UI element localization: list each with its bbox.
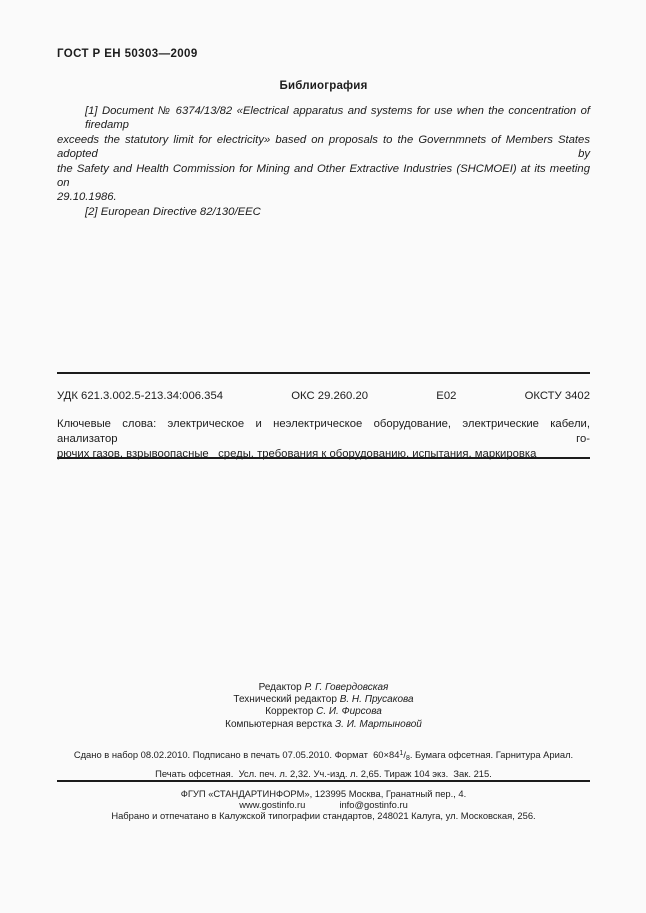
printing-house-address: Набрано и отпечатано в Калужской типогра… [57,811,590,822]
credit-line-proofreader: Корректор С. И. Фирсова [57,706,590,718]
credit-role: Технический редактор [233,694,336,705]
credit-role: Редактор [259,682,302,693]
bibliography-entry-1-line: 29.10.1986. [57,190,590,204]
imprint-text: Сдано в набор 08.02.2010. Подписано в пе… [74,749,400,760]
section-title-bibliography: Библиография [57,80,590,92]
credit-name: Р. Г. Говердовская [304,682,388,693]
document-header: ГОСТ Р ЕН 50303—2009 [57,48,198,60]
publisher-website: www.gostinfo.ru [239,800,305,811]
imprint-line-1: Сдано в набор 08.02.2010. Подписано в пе… [57,746,590,766]
horizontal-rule [57,780,590,782]
credit-role: Компьютерная верстка [225,719,332,730]
credit-line-editor: Редактор Р. Г. Говердовская [57,682,590,694]
publisher-contacts: www.gostinfo.ru info@gostinfo.ru [57,800,590,811]
bibliography-entry-1-line: the Safety and Health Commission for Min… [57,162,590,191]
credit-name: В. Н. Прусакова [340,694,414,705]
publisher-email: info@gostinfo.ru [339,800,407,811]
credit-name: С. И. Фирсова [316,706,382,717]
udk-code: УДК 621.3.002.5-213.34:006.354 [57,390,223,402]
okstu-code: ОКСТУ 3402 [525,390,590,402]
bibliography-text: [1] Document № 6374/13/82 «Electrical ap… [57,104,590,219]
editorial-credits: Редактор Р. Г. Говердовская Технический … [57,682,590,731]
keywords-line: рючих газов, взрывоопасные среды, требов… [57,447,590,462]
bibliography-entry-2: [2] European Directive 82/130/EEC [57,205,590,219]
group-code: Е02 [436,390,456,402]
publisher-block: ФГУП «СТАНДАРТИНФОРМ», 123995 Москва, Гр… [57,789,590,821]
print-imprint: Сдано в набор 08.02.2010. Подписано в пе… [57,746,590,781]
credit-name: З. И. Мартыновой [335,719,422,730]
oks-code: ОКС 29.260.20 [291,390,368,402]
imprint-text: . Бумага офсетная. Гарнитура Ариал. [410,749,573,760]
credit-role: Корректор [265,706,313,717]
horizontal-rule [57,372,590,374]
publisher-address: ФГУП «СТАНДАРТИНФОРМ», 123995 Москва, Гр… [57,789,590,800]
keywords-line: Ключевые слова: электрическое и неэлектр… [57,417,590,447]
bibliography-entry-1-line: [1] Document № 6374/13/82 «Electrical ap… [57,104,590,133]
credit-line-technical-editor: Технический редактор В. Н. Прусакова [57,694,590,706]
keywords-block: Ключевые слова: электрическое и неэлектр… [57,417,590,461]
classification-row: УДК 621.3.002.5-213.34:006.354 ОКС 29.26… [57,390,590,402]
credit-line-layout: Компьютерная верстка З. И. Мартыновой [57,719,590,731]
horizontal-rule [57,457,590,459]
imprint-line-2: Печать офсетная. Усл. печ. л. 2,32. Уч.-… [57,766,590,781]
bibliography-entry-1-line: exceeds the statutory limit for electric… [57,133,590,162]
